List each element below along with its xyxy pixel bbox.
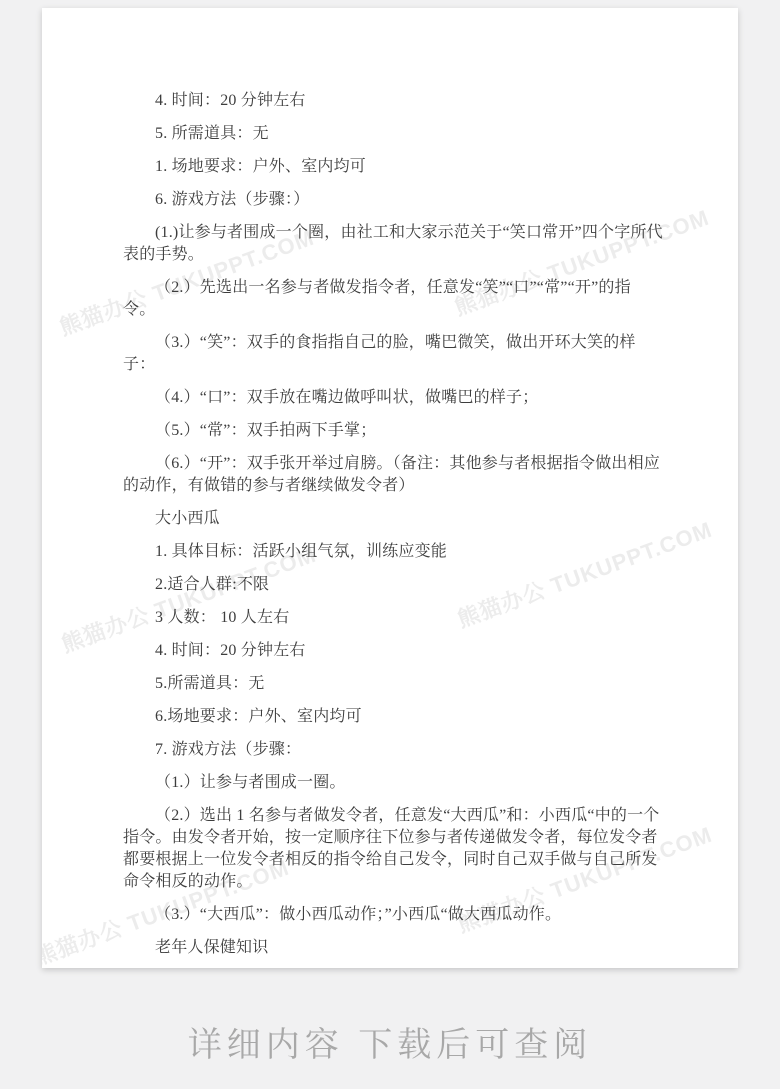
- paragraph: 4. 时间：20 分钟左右: [123, 90, 663, 112]
- paragraph: 6.场地要求：户外、室内均可: [123, 706, 663, 728]
- paragraph: 2.适合人群:不限: [123, 574, 663, 596]
- footer-caption: 详细内容 下载后可查阅: [0, 1010, 780, 1080]
- paragraph: 6. 游戏方法（步骤：）: [123, 189, 663, 211]
- paragraph: （5.）“常”：双手拍两下手掌；: [123, 420, 663, 442]
- paragraph: 7. 游戏方法（步骤：: [123, 739, 663, 761]
- document-preview-screen: 4. 时间：20 分钟左右 5. 所需道具：无 1. 场地要求：户外、室内均可 …: [0, 0, 780, 1089]
- paragraph: 1. 具体目标：活跃小组气氛，训练应变能: [123, 541, 663, 563]
- paragraph: （2.）选出 1 名参与者做发令者，任意发“大西瓜”和：小西瓜“中的一个指令。由…: [123, 805, 663, 893]
- paragraph: （3.）“大西瓜”：做小西瓜动作；”小西瓜“做大西瓜动作。: [123, 904, 663, 926]
- paragraph: 5.所需道具：无: [123, 673, 663, 695]
- paragraph: （3.）“笑”：双手的食指指自己的脸，嘴巴微笑，做出开环大笑的样子：: [123, 332, 663, 376]
- paragraph: 5. 所需道具：无: [123, 123, 663, 145]
- paragraph: (1.)让参与者围成一个圈，由社工和大家示范关于“笑口常开”四个字所代表的手势。: [123, 222, 663, 266]
- paragraph: （4.）“口”：双手放在嘴边做呼叫状，做嘴巴的样子；: [123, 387, 663, 409]
- paragraph: （1.）让参与者围成一圈。: [123, 772, 663, 794]
- document-page: 4. 时间：20 分钟左右 5. 所需道具：无 1. 场地要求：户外、室内均可 …: [42, 8, 738, 968]
- paragraph: （2.）先选出一名参与者做发指令者，任意发“笑”“口”“常”“开”的指令。: [123, 277, 663, 321]
- paragraph: 4. 时间：20 分钟左右: [123, 640, 663, 662]
- section-title: 大小西瓜: [123, 508, 663, 530]
- paragraph: 1. 场地要求：户外、室内均可: [123, 156, 663, 178]
- paragraph: 3 人数： 10 人左右: [123, 607, 663, 629]
- document-content: 4. 时间：20 分钟左右 5. 所需道具：无 1. 场地要求：户外、室内均可 …: [42, 8, 738, 968]
- paragraph: （6.）“开”：双手张开举过肩膀。（备注：其他参与者根据指令做出相应的动作，有做…: [123, 453, 663, 497]
- section-title: 老年人保健知识: [123, 937, 663, 959]
